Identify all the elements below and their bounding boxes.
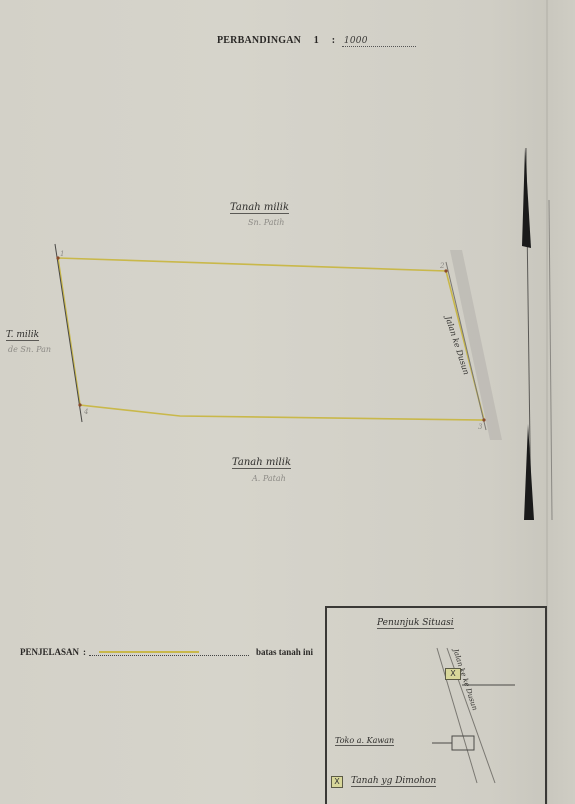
north-arrow-icon (522, 148, 552, 520)
legend-label: PENJELASAN (20, 647, 79, 657)
sketch-legend-text: Tanah yg Dimohon (351, 776, 436, 786)
sketch-drawing (327, 608, 549, 804)
corner-label-2: 2 (440, 262, 444, 270)
corner-label-4: 4 (84, 408, 88, 416)
corner-label-3: 3 (478, 423, 482, 431)
corner-marker (482, 418, 485, 421)
north-boundary-sub: Sn. Patih (248, 218, 284, 227)
corner-marker (78, 403, 81, 406)
west-boundary-sub: de Sn. Pan (8, 345, 51, 354)
corner-marker (444, 269, 447, 272)
south-boundary-text: Tanah milik (232, 457, 291, 469)
survey-document-page: PERBANDINGAN 1 : 1000 Tanah milik Sn. Pa… (0, 0, 575, 804)
north-boundary-text: Tanah milik (230, 202, 289, 214)
sketch-building-text: Toko a. Kawan (335, 736, 394, 746)
sketch-legend-marker-icon: X (331, 776, 343, 788)
south-boundary-sub: A. Patah (252, 474, 286, 483)
land-parcel-boundary (58, 258, 484, 420)
corner-label-1: 1 (60, 250, 64, 258)
sketch-building-label: Toko a. Kawan (335, 736, 394, 745)
north-boundary-label: Tanah milik (230, 202, 289, 213)
sketch-parcel-marker-icon: X (445, 668, 461, 680)
west-side-line (55, 244, 82, 422)
boundary-line-swatch (99, 651, 199, 653)
legend-separator: : (83, 647, 86, 657)
legend-description: batas tanah ini (256, 647, 313, 657)
sketch-legend-label: Tanah yg Dimohon (351, 776, 436, 787)
west-boundary-text: T. milik (6, 330, 39, 341)
location-sketch-box: Penunjuk Situasi Jalan ke ke Dusun X Tok… (325, 606, 547, 804)
legend-row: PENJELASAN : batas tanah ini (20, 647, 313, 657)
west-boundary-label: T. milik (6, 330, 39, 340)
south-boundary-label: Tanah milik (232, 457, 291, 468)
legend-line-sample (89, 649, 249, 656)
